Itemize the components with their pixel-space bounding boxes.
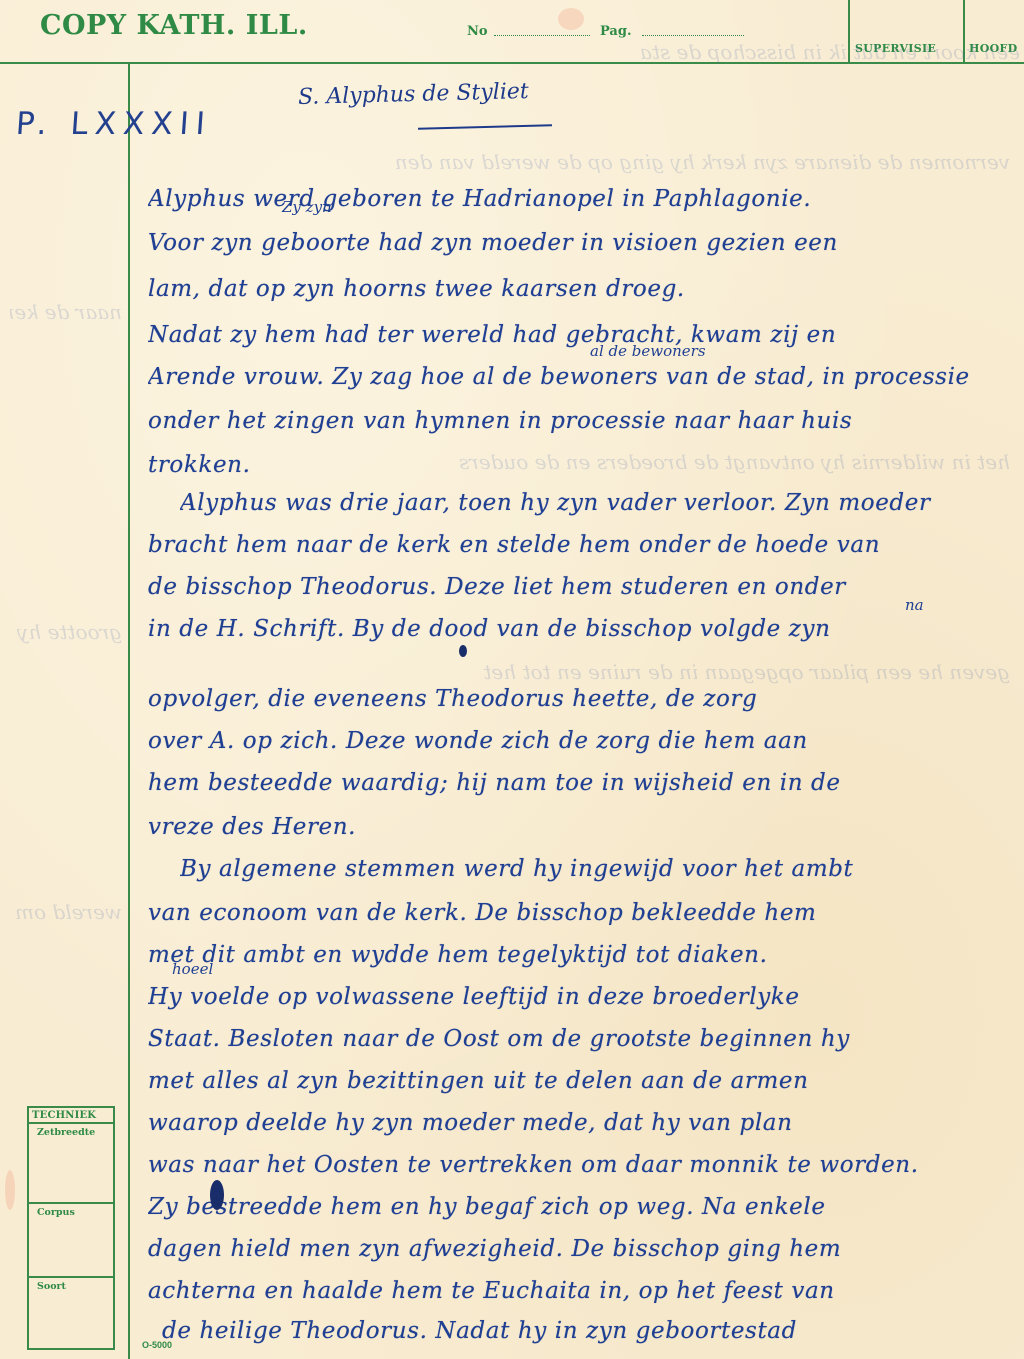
manuscript-line: Hy voelde op volwassene leeftijd in deze… [148,984,1018,1010]
manuscript-line: Arende vrouw. Zy zag hoe al de bewoners … [148,364,1018,390]
manuscript-line: Voor zyn geboorte had zyn moeder in visi… [148,230,1018,256]
form-margin-rule [128,62,130,1359]
manuscript-line: de heilige Theodorus. Nadat hy in zyn ge… [162,1318,1024,1344]
manuscript-line: van econoom van de kerk. De bisschop bek… [148,900,1018,926]
manuscript-line: Alyphus werd geboren te Hadrianopel in P… [148,186,1018,212]
manuscript-line: opvolger, die eveneens Theodorus heette,… [148,686,1018,712]
manuscript-line: hem besteedde waardig; hij nam toe in wi… [148,770,1018,796]
manuscript-line: met alles al zyn bezittingen uit te dele… [148,1068,1018,1094]
show-through-writing: een koort en dat ik in bisschop de stad [640,40,1020,64]
manuscript-line: met dit ambt en wydde hem tegelyktijd to… [148,942,1018,968]
number-field-line[interactable] [494,35,590,36]
techniek-field-corpus[interactable]: Corpus [29,1202,113,1276]
number-field-label: No [467,24,488,39]
manuscript-line: vreze des Heren. [148,814,1018,840]
zetbreedte-label: Zetbreedte [29,1124,113,1138]
techniek-title: TECHNIEK [29,1108,113,1124]
manuscript-line: lam, dat op zyn hoorns twee kaarsen droe… [148,276,1018,302]
corpus-label: Corpus [29,1204,113,1218]
manuscript-line: over A. op zich. Deze wonde zich de zorg… [148,728,1018,754]
show-through-writing: grootte hy [10,620,122,644]
manuscript-line: Staat. Besloten naar de Oost om de groot… [148,1026,1018,1052]
show-through-writing: wereld om [10,900,122,924]
page-field-line[interactable] [642,35,744,36]
manuscript-line: was naar het Oosten te vertrekken om daa… [148,1152,1018,1178]
manuscript-line: Alyphus was drie jaar, toen hy zyn vader… [180,490,1024,516]
manuscript-title: S. Alyphus de Styliet [298,79,529,110]
manuscript-line: trokken. [148,452,1018,478]
manuscript-line: dagen hield men zyn afwezigheid. De biss… [148,1236,1018,1262]
paper-stain [558,8,584,30]
manuscript-line: bracht hem naar de kerk en stelde hem on… [148,532,1018,558]
show-through-writing: vernomen de dienare zyn kerk hy ging op … [140,150,1010,174]
ink-blot [459,645,467,657]
show-through-writing: geven he een pilaar opgegaan in de ruine… [150,660,1010,684]
manuscript-line: Nadat zy hem had ter wereld had gebracht… [148,322,1018,348]
paper-stain [5,1170,15,1210]
soort-label: Soort [29,1278,113,1292]
margin-reference: P. LXXXII [15,106,213,142]
manuscript-line: achterna en haalde hem te Euchaita in, o… [148,1278,1018,1304]
manuscript-line: onder het zingen van hymnen in processie… [148,408,1018,434]
manuscript-line: waarop deelde hy zyn moeder mede, dat hy… [148,1110,1018,1136]
page-field-label: Pag. [600,24,631,39]
form-brand-title: COPY KATH. ILL. [40,10,308,41]
techniek-box: TECHNIEK Zetbreedte Corpus Soort [27,1106,115,1350]
techniek-field-soort[interactable]: Soort [29,1276,113,1348]
show-through-writing: naar de kerk [10,300,122,324]
title-underline [418,124,552,130]
ink-blot [210,1180,224,1210]
techniek-field-zetbreedte[interactable]: Zetbreedte [29,1124,113,1202]
manuscript-line: in de H. Schrift. By de dood van de biss… [148,616,1018,642]
manuscript-line: de bisschop Theodorus. Deze liet hem stu… [148,574,1018,600]
manuscript-line: Zy bestreedde hem en hy begaf zich op we… [148,1194,1018,1220]
manuscript-line: By algemene stemmen werd hy ingewijd voo… [180,856,1024,882]
